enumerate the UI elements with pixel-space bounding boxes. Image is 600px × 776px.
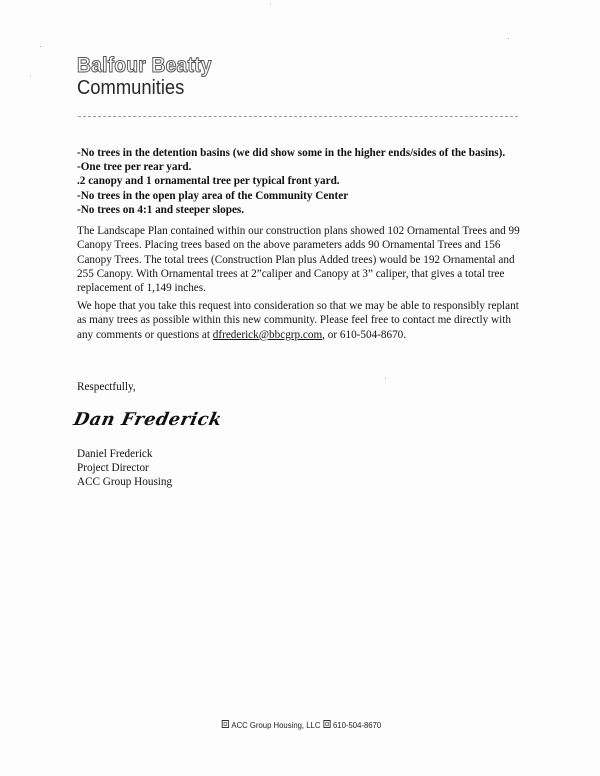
letterhead-logo: Balfour Beatty Communities bbox=[77, 55, 223, 99]
header-divider bbox=[78, 116, 518, 117]
criteria-item: -No trees on 4:1 and steeper slopes. bbox=[77, 203, 527, 217]
letter-footer: ACC Group Housing, LLC610-504-8670 bbox=[30, 720, 570, 730]
footer-phone: 610-504-8670 bbox=[333, 720, 381, 730]
letter-page: Balfour Beatty Communities -No trees in … bbox=[0, 0, 600, 776]
square-bullet-icon bbox=[222, 720, 229, 728]
scan-speck bbox=[40, 46, 41, 47]
request-text-end: , or 610-504-8670. bbox=[322, 329, 406, 341]
criteria-item: -One tree per rear yard. bbox=[77, 160, 527, 174]
tree-count-paragraph: The Landscape Plan contained within our … bbox=[77, 224, 527, 295]
email-link[interactable]: dfrederick@bbcgrp.com bbox=[213, 329, 322, 341]
brand-name: Balfour Beatty bbox=[77, 55, 212, 77]
criteria-item: -No trees in the detention basins (we di… bbox=[77, 146, 527, 160]
criteria-list: -No trees in the detention basins (we di… bbox=[77, 146, 527, 217]
signer-title: Project Director bbox=[77, 461, 172, 475]
scan-speck bbox=[270, 4, 271, 5]
footer-company: ACC Group Housing, LLC bbox=[231, 720, 320, 730]
handwritten-signature: Dan Frederick bbox=[72, 410, 224, 430]
salutation: Respectfully, bbox=[77, 381, 136, 393]
signature-block: Daniel Frederick Project Director ACC Gr… bbox=[77, 447, 172, 489]
criteria-item: .2 canopy and 1 ornamental tree per typi… bbox=[77, 174, 527, 188]
request-paragraph: We hope that you take this request into … bbox=[77, 299, 527, 342]
scan-speck bbox=[508, 38, 509, 39]
signer-organization: ACC Group Housing bbox=[77, 475, 172, 489]
signer-name: Daniel Frederick bbox=[77, 447, 172, 461]
scan-speck bbox=[30, 75, 31, 76]
brand-subtitle: Communities bbox=[77, 77, 212, 99]
scan-speck bbox=[385, 378, 386, 379]
criteria-item: -No trees in the open play area of the C… bbox=[77, 189, 527, 203]
square-bullet-icon bbox=[323, 720, 330, 728]
